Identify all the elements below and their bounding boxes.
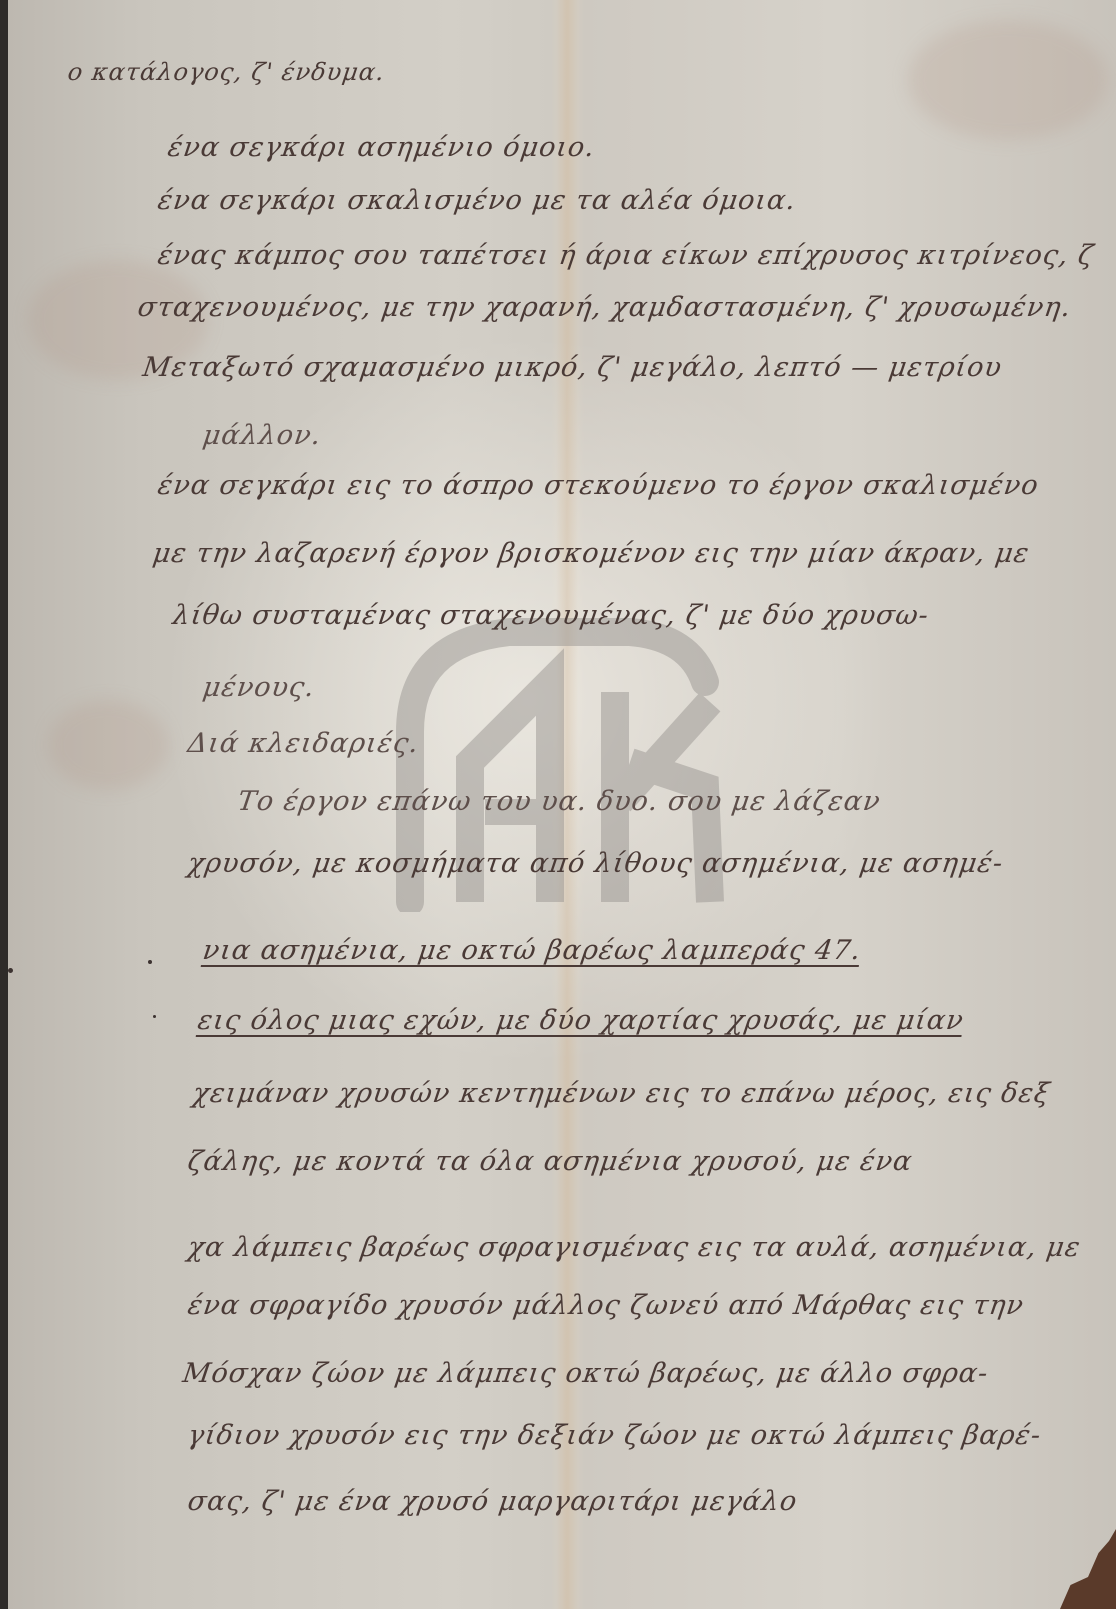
text-line: λίθω συσταμένας σταχενουμένας, ζ' με δύο… [171,600,931,631]
text-line: σας, ζ' με ένα χρυσό μαργαριτάρι μεγάλο [186,1486,800,1517]
text-line: ένα σεγκάρι ασημένιο όμοιο. [166,132,597,163]
text-line: Το έργον επάνω του υα. δυο. σου με λάζεα… [236,786,883,817]
text-line: χα λάμπεις βαρέως σφραγισμένας εις τα αυ… [186,1232,1083,1263]
text-line: με την λαζαρενή έργον βρισκομένον εις τη… [151,538,1032,569]
text-line: μένους. [201,672,317,703]
paper-stain [908,20,1108,140]
torn-corner [1046,1529,1116,1609]
text-line: ένα σεγκάρι εις το άσπρο στεκούμενο το έ… [156,470,1041,501]
text-line: ένα σεγκάρι σκαλισμένο με τα αλέα όμοια. [156,185,798,216]
margin-dot [148,960,152,964]
manuscript-page: ο κατάλογος, ζ' ένδυμα. ένα σεγκάρι ασημ… [8,0,1116,1609]
page-left-edge [0,0,8,1609]
text-line: ο κατάλογος, ζ' ένδυμα. [66,58,387,86]
text-line: νια ασημένια, με οκτώ βαρέως λαμπεράς 47… [201,935,863,966]
margin-dot [8,968,13,973]
text-line: χρυσόν, με κοσμήματα από λίθους ασημένια… [186,848,1006,879]
paper-stain [48,700,168,790]
text-line: Μόσχαν ζώον με λάμπεις οκτώ βαρέως, με ά… [181,1358,991,1389]
text-line: ένας κάμπος σου ταπέτσει ή άρια είκων επ… [156,240,1096,271]
text-line: σταχενουμένος, με την χαρανή, χαμδαστασμ… [136,292,1073,323]
text-line: ένα σφραγίδο χρυσόν μάλλος ζωνεύ από Μάρ… [186,1290,1026,1321]
text-line: ζάλης, με κοντά τα όλα ασημένια χρυσού, … [186,1146,915,1177]
text-line: Μεταξωτό σχαμασμένο μικρό, ζ' μεγάλο, λε… [141,352,1004,383]
text-line: χειμάναν χρυσών κεντημένων εις το επάνω … [191,1078,1052,1109]
text-line: γίδιον χρυσόν εις την δεξιάν ζώον με οκτ… [186,1420,1044,1451]
section-heading: Διά κλειδαριές. [186,728,421,759]
text-line: εις όλος μιας εχών, με δύο χαρτίας χρυσά… [196,1005,966,1036]
text-line: μάλλον. [201,420,324,451]
margin-dot [153,1015,156,1018]
